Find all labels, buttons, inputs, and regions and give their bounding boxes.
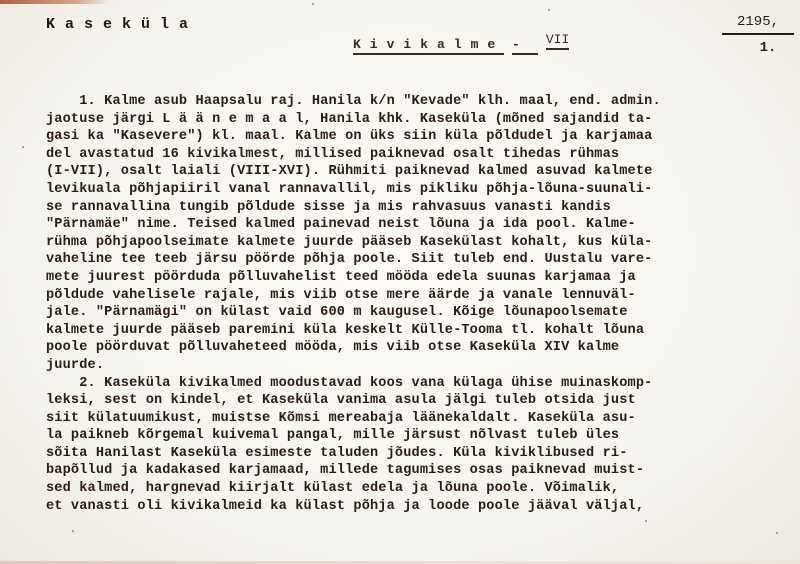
text-line: kalmete juurde pääseb paremini küla kesk…: [46, 322, 796, 340]
village-heading: Kaseküla: [46, 16, 198, 33]
text-line: rühma põhjapoolseimate kalmete juurde pä…: [46, 234, 796, 252]
text-line: bapõllud ja kadakased karjamaad, millede…: [46, 462, 796, 480]
text-line: 1. Kalme asub Haapsalu raj. Hanila k/n "…: [46, 93, 796, 111]
title-roman-numeral: VII: [546, 32, 569, 50]
text-line: gasi ka "Kasevere") kl. maal. Kalme on ü…: [46, 128, 796, 146]
document-title: Kivikalme - VII: [353, 32, 569, 55]
archive-number: 2195,: [722, 14, 794, 35]
text-line: poole pöörduvat põlluvaheteed mööda, mis…: [46, 339, 796, 357]
title-text: Kivikalme: [353, 37, 504, 55]
dust-speck: [776, 532, 778, 534]
text-line: mete juurest pöörduda põlluvahelist teed…: [46, 269, 796, 287]
text-line: la paikneb kõrgemal kuivemal pangal, mil…: [46, 427, 796, 445]
text-line: juurde.: [46, 357, 796, 375]
text-line: jaotuse järgi L ä ä n e m a a l, Hanila …: [46, 111, 796, 129]
text-line: (I-VII), osalt laiali (VIII-XVI). Rühmit…: [46, 163, 796, 181]
text-line: sõita Hanilast Kaseküla esimeste taluden…: [46, 445, 796, 463]
text-line: et vanasti oli kivikalmeid ka külast põh…: [46, 498, 796, 516]
text-line: se rannavallina tungib põldude sisse ja …: [46, 199, 796, 217]
dust-speck: [645, 520, 647, 522]
text-line: jale. "Pärnamägi" on külast vaid 600 m k…: [46, 304, 796, 322]
text-line: del avastatud 16 kivikalmest, millised p…: [46, 146, 796, 164]
text-line: sed kalmed, hargnevad kiirjalt külast ed…: [46, 480, 796, 498]
dust-speck: [312, 3, 314, 5]
title-dash: -: [512, 37, 538, 55]
text-line: siit külatuumikust, muistse Kõmsi mereab…: [46, 410, 796, 428]
archive-reference: 2195, 1.: [722, 14, 794, 56]
text-line: levikuala põhjapiiril vanal rannavallil,…: [46, 181, 796, 199]
text-line: "Pärnamäe" nime. Teised kalmed painevad …: [46, 216, 796, 234]
text-line: põldude vahelisele rajale, mis viib otse…: [46, 287, 796, 305]
page-number: 1.: [722, 35, 794, 56]
text-line: 2. Kaseküla kivikalmed moodustavad koos …: [46, 375, 796, 393]
dust-speck: [72, 530, 74, 532]
text-line: leksi, sest on kindel, et Kaseküla vanim…: [46, 392, 796, 410]
text-line: vaheline tee teeb järsu pöörde põhja poo…: [46, 251, 796, 269]
dust-speck: [548, 9, 550, 11]
dust-speck: [22, 146, 24, 148]
scanned-document-page: Kaseküla Kivikalme - VII 2195, 1. 1. Kal…: [0, 0, 800, 564]
document-body: 1. Kalme asub Haapsalu raj. Hanila k/n "…: [46, 93, 796, 515]
film-edge-top: [0, 0, 110, 4]
